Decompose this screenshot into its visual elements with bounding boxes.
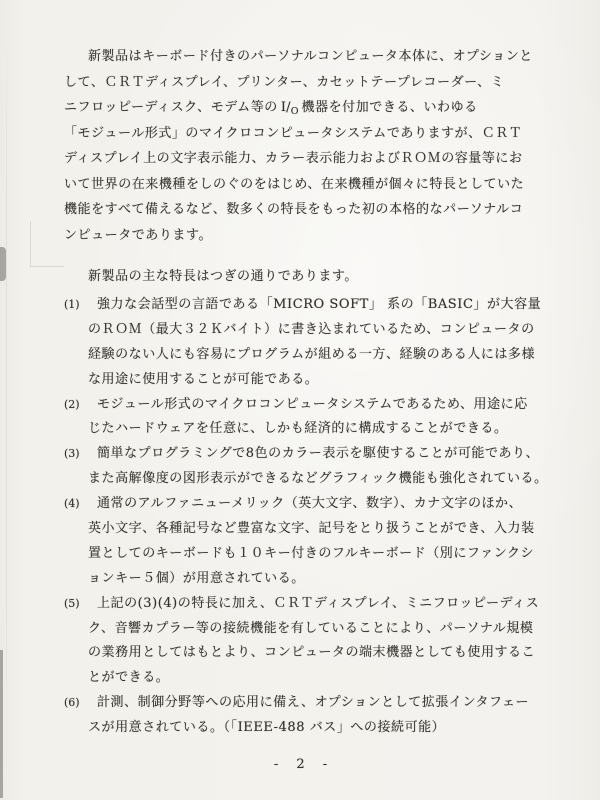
feature-line: スが用意されている。（「IEEE-488 バス」への接続可能） bbox=[88, 716, 559, 741]
paragraph-line: 機能をすべて備えるなど、数多くの特長をもった初の本格的なパーソナルコ bbox=[64, 197, 554, 223]
io-pre-text: ニフロッピーディスク、モデム等の bbox=[64, 100, 278, 115]
feature-line: ョンキー５個）が用意されている。 bbox=[88, 567, 559, 592]
feature-line: の業務用としてはもとより、コンピュータの端末機器としても使用するこ bbox=[88, 641, 559, 666]
scan-edge-strip bbox=[0, 650, 3, 798]
io-notation: I/ bbox=[281, 100, 291, 115]
feature-item: (1) 強力な会話型の言語である「MICRO SOFT」 系の「BASIC」が大… bbox=[64, 293, 559, 393]
page-number: - 2 - bbox=[64, 757, 544, 772]
scanned-page: 新製品はキーボード付きのパーソナルコンピュータ本体に、オプションと して、ＣＲＴ… bbox=[0, 0, 600, 800]
feature-line: とができる。 bbox=[88, 666, 559, 691]
feature-line: 置としてのキーボードも１０キー付きのフルキーボード（別にファンクシ bbox=[88, 542, 559, 567]
feature-line: モジュール形式のマイクロコンピュータシステムであるため、用途に応 bbox=[88, 393, 559, 418]
feature-line: 経験のない人にも容易にプログラムが組める一方、経験のある人には多様 bbox=[88, 343, 559, 368]
scan-edge-line bbox=[6, 0, 7, 800]
feature-line: 上記の(3)(4)の特長に加え、ＣＲＴディスプレイ、ミニフロッピーディス bbox=[88, 592, 559, 617]
feature-line: ク、音響カプラー等の接続機能を有していることにより、パーソナル規模 bbox=[88, 617, 559, 642]
features-heading-text: 新製品の主な特長はつぎの通りであります。 bbox=[88, 264, 358, 289]
paragraph-line-io: ニフロッピーディスク、モデム等のI/O機器を付加できる、いわゆる bbox=[64, 95, 554, 121]
feature-marker: (4) bbox=[64, 492, 80, 517]
paragraph-line: 「モジュール形式」のマイクロコンピュータシステムでありますが、ＣＲＴ bbox=[64, 121, 554, 147]
feature-marker: (5) bbox=[64, 592, 80, 617]
scan-ghost-box bbox=[30, 221, 64, 267]
feature-item: (5) 上記の(3)(4)の特長に加え、ＣＲＴディスプレイ、ミニフロッピーディス… bbox=[64, 592, 559, 692]
feature-line: じたハードウェアを任意に、しかも経済的に構成することができる。 bbox=[88, 417, 559, 442]
paragraph-line: 新製品はキーボード付きのパーソナルコンピュータ本体に、オプションと bbox=[64, 44, 554, 70]
paragraph-line: ンピュータであります。 bbox=[64, 223, 554, 249]
feature-line: 簡単なプログラミングで8色のカラー表示を駆使することが可能であり、 bbox=[88, 442, 559, 467]
feature-item: (6) 計測、制御分野等への応用に備え、オプションとして拡張インタフェー スが用… bbox=[64, 691, 559, 741]
feature-item: (4) 通常のアルファニューメリック（英大文字、数字）、カナ文字のほか、 英小文… bbox=[64, 492, 559, 592]
feature-line: のＲＯＭ（最大３２Ｋバイト）に書き込まれているため、コンピュータの bbox=[88, 318, 559, 343]
io-subscript: O bbox=[291, 106, 299, 117]
features-list: (1) 強力な会話型の言語である「MICRO SOFT」 系の「BASIC」が大… bbox=[64, 293, 559, 741]
paragraph-line: して、ＣＲＴディスプレイ、プリンター、カセットテープレコーダー、ミ bbox=[64, 70, 554, 96]
scan-smudge bbox=[0, 247, 6, 281]
feature-line: 通常のアルファニューメリック（英大文字、数字）、カナ文字のほか、 bbox=[88, 492, 559, 517]
feature-line: な用途に使用することが可能である。 bbox=[88, 368, 559, 393]
feature-marker: (6) bbox=[64, 691, 80, 716]
feature-line: 英小文字、各種記号など豊富な文字、記号をとり扱うことができ、入力装 bbox=[88, 517, 559, 542]
feature-item: (3) 簡単なプログラミングで8色のカラー表示を駆使することが可能であり、 また… bbox=[64, 442, 559, 492]
intro-paragraph: 新製品はキーボード付きのパーソナルコンピュータ本体に、オプションと して、ＣＲＴ… bbox=[64, 44, 554, 248]
paragraph-line: ディスプレイ上の文字表示能力、カラー表示能力およびＲＯＭの容量等にお bbox=[64, 146, 554, 172]
io-post-text: 機器を付加できる、いわゆる bbox=[302, 100, 478, 115]
feature-marker: (1) bbox=[64, 293, 80, 318]
feature-line: 計測、制御分野等への応用に備え、オプションとして拡張インタフェー bbox=[88, 691, 559, 716]
feature-marker: (2) bbox=[64, 393, 80, 418]
feature-line: 強力な会話型の言語である「MICRO SOFT」 系の「BASIC」が大容量 bbox=[88, 293, 559, 318]
features-heading: 新製品の主な特長はつぎの通りであります。 bbox=[88, 264, 358, 289]
feature-marker: (3) bbox=[64, 442, 80, 467]
feature-item: (2) モジュール形式のマイクロコンピュータシステムであるため、用途に応 じたハ… bbox=[64, 393, 559, 443]
feature-line: また高解像度の図形表示ができるなどグラフィック機能も強化されている。 bbox=[88, 467, 559, 492]
paragraph-line: いて世界の在来機種をしのぐのをはじめ、在来機種が個々に特長としていた bbox=[64, 172, 554, 198]
